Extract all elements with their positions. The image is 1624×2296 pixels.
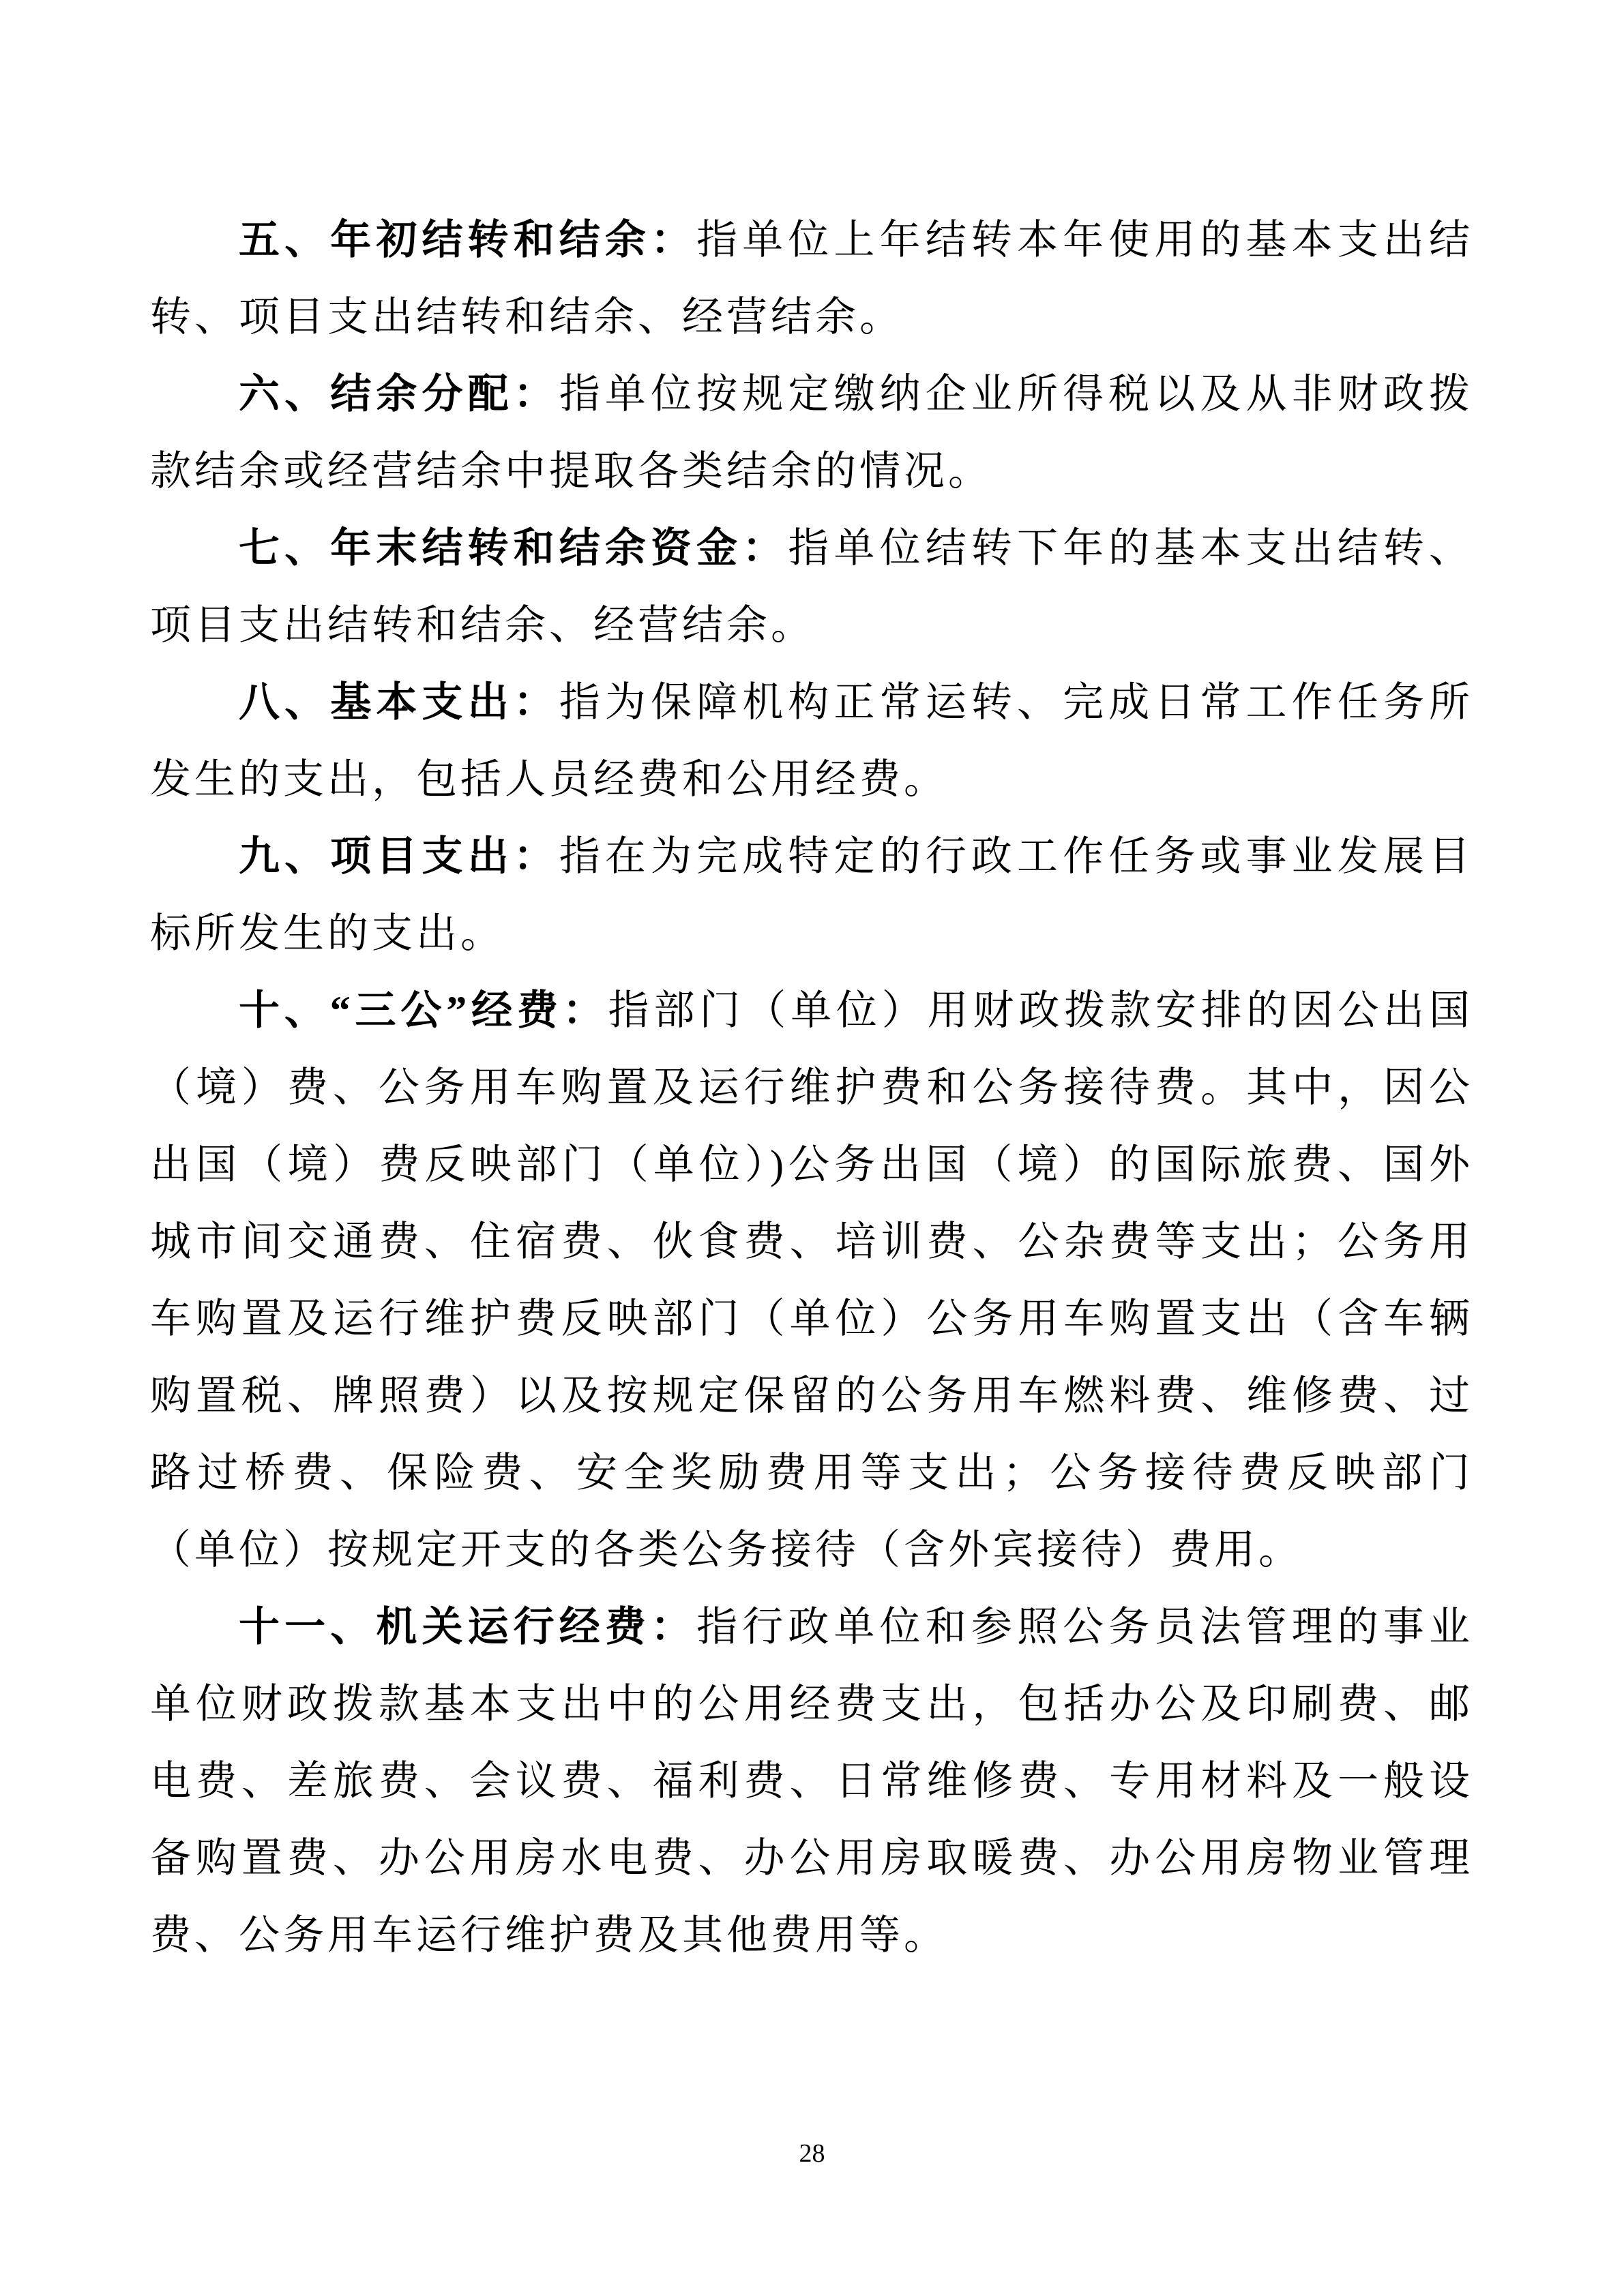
definition-paragraph: 六、结余分配：指单位按规定缴纳企业所得税以及从非财政拨款结余或经营结余中提取各类… — [150, 356, 1473, 510]
definition-paragraph: 五、年初结转和结余：指单位上年结转本年使用的基本支出结转、项目支出结转和结余、经… — [150, 202, 1473, 356]
page-number: 28 — [799, 2139, 825, 2168]
term-heading: 八、基本支出： — [239, 680, 559, 725]
definition-paragraph: 十、“三公”经费：指部门（单位）用财政拨款安排的因公出国（境）费、公务用车购置及… — [150, 972, 1473, 1589]
document-body: 五、年初结转和结余：指单位上年结转本年使用的基本支出结转、项目支出结转和结余、经… — [150, 202, 1473, 1974]
page-footer: 28 — [0, 2138, 1624, 2168]
term-definition: 指部门（单位）用财政拨款安排的因公出国（境）费、公务用车购置及运行维护费和公务接… — [150, 988, 1473, 1572]
term-heading: 五、年初结转和结余： — [239, 218, 696, 263]
definition-paragraph: 十一、机关运行经费：指行政单位和参照公务员法管理的事业单位财政拨款基本支出中的公… — [150, 1589, 1473, 1974]
term-heading: 六、结余分配： — [239, 372, 559, 417]
definition-paragraph: 七、年末结转和结余资金：指单位结转下年的基本支出结转、项目支出结转和结余、经营结… — [150, 510, 1473, 664]
term-definition: 指行政单位和参照公务员法管理的事业单位财政拨款基本支出中的公用经费支出，包括办公… — [150, 1605, 1473, 1958]
definition-paragraph: 九、项目支出：指在为完成特定的行政工作任务或事业发展目标所发生的支出。 — [150, 818, 1473, 972]
term-heading: 九、项目支出： — [239, 834, 559, 879]
term-heading: 七、年末结转和结余资金： — [239, 526, 788, 571]
term-heading: 十一、机关运行经费： — [239, 1605, 696, 1650]
definition-paragraph: 八、基本支出：指为保障机构正常运转、完成日常工作任务所发生的支出，包括人员经费和… — [150, 664, 1473, 818]
term-heading: 十、“三公”经费： — [239, 988, 608, 1033]
document-page: 五、年初结转和结余：指单位上年结转本年使用的基本支出结转、项目支出结转和结余、经… — [0, 0, 1624, 2296]
